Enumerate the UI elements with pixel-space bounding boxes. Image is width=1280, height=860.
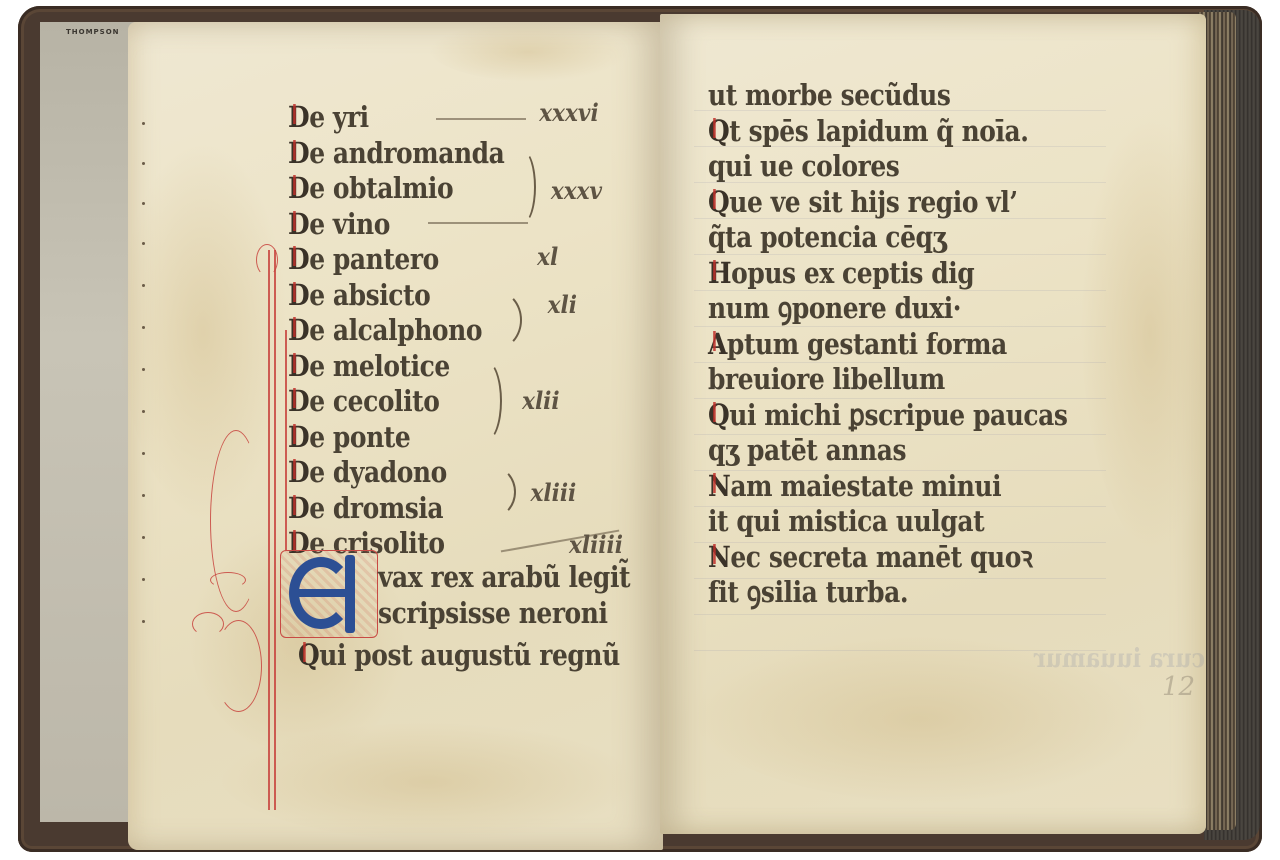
bracket xyxy=(470,466,516,518)
text-line: ut morbe secũdus xyxy=(708,78,1043,114)
text-line: vax rex arabũ legit̃ xyxy=(378,560,627,596)
text-line: scripsisse neroni xyxy=(378,596,627,632)
text-line: fit ꝯsilia turba. xyxy=(708,575,1043,611)
illuminated-letter-bar xyxy=(297,589,349,597)
text-line: Qt spēs lapidum q̃ noīa. xyxy=(708,114,1043,150)
text-line: qui ue colores xyxy=(708,149,1043,185)
text-line: Nam maiestate minui xyxy=(708,469,1043,505)
foliation-mark: xli xyxy=(548,290,577,319)
text-line: Aptum gestanti forma xyxy=(708,327,1043,363)
foliation-mark: xxxvi xyxy=(539,98,598,127)
index-entry: De pantero xyxy=(288,242,529,278)
index-entry: De andromanda xyxy=(288,136,529,172)
bracket xyxy=(470,360,502,442)
penwork-flourish xyxy=(256,244,278,276)
foliation-mark: xxxv xyxy=(551,176,602,205)
left-body-text: vax rex arabũ legit̃ scripsisse neroni xyxy=(378,560,668,631)
bracket xyxy=(470,290,522,350)
foliation-mark: xliiii xyxy=(569,530,623,559)
index-entry: De vino xyxy=(288,207,529,243)
text-line: qʒ patēt annas xyxy=(708,433,1043,469)
text-line: num ꝯponere duxi· xyxy=(708,291,1043,327)
foliation-mark: xlii xyxy=(522,386,560,415)
penwork-border-line xyxy=(268,250,270,810)
text-line: it qui mistica uulgat xyxy=(708,504,1043,540)
text-line: Qui post augustũ regnũ xyxy=(298,638,616,674)
text-line: breuiore libellum xyxy=(708,362,1043,398)
illuminated-letter-stem xyxy=(345,555,355,633)
foliation-mark: xliii xyxy=(531,478,577,507)
left-body-text-last: Qui post augustũ regnũ xyxy=(298,638,668,674)
penwork-flourish xyxy=(215,620,262,712)
index-entry: De obtalmio xyxy=(288,171,529,207)
penwork-border-line xyxy=(285,330,287,550)
foliation-mark: xl xyxy=(537,242,558,271)
right-body-text: ut morbe secũdus Qt spēs lapidum q̃ noī… xyxy=(708,78,1098,611)
penwork-border-line xyxy=(274,250,276,810)
text-line: Hopus ex ceptis dig xyxy=(708,256,1043,292)
binder-stamp: THOMPSON xyxy=(66,28,120,36)
illuminated-initial xyxy=(280,550,378,638)
penwork-flourish xyxy=(210,572,246,588)
leader-line xyxy=(436,118,526,120)
bracket xyxy=(510,150,536,224)
page-number: 12 xyxy=(1162,672,1195,702)
text-line: Nec secreta manēt quoꝛ xyxy=(708,540,1043,576)
text-line: Que ve sit hijs regio vl’ xyxy=(708,185,1043,221)
text-line: Qui michi ꝑscripue paucas xyxy=(708,398,1043,434)
penwork-flourish xyxy=(192,612,224,636)
text-line: q̃ta potencia cēqʒ xyxy=(708,220,1043,256)
